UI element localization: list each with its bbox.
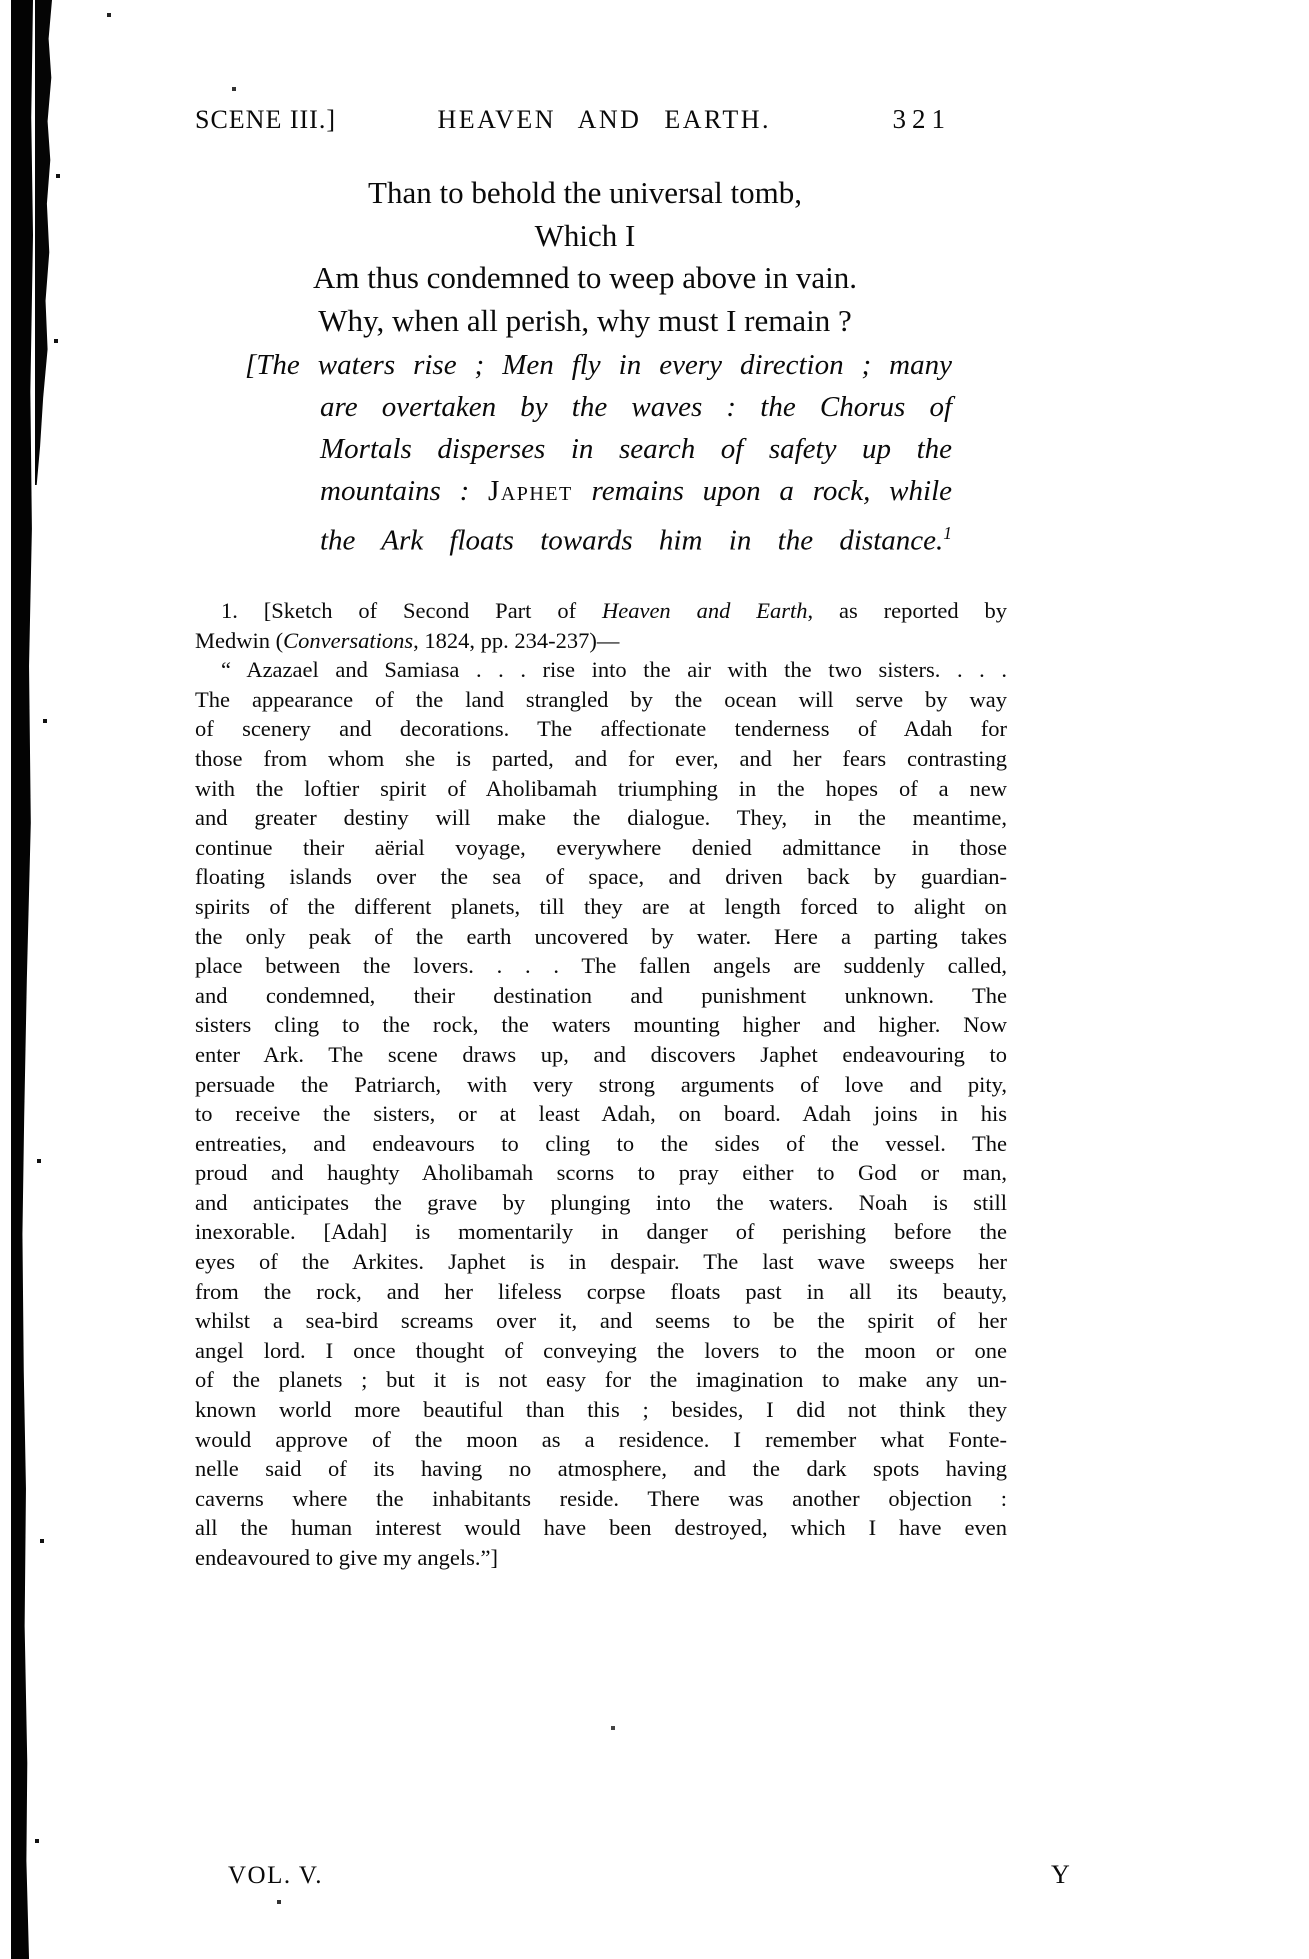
text-segment: and greater destiny will make the dialog… [195,805,1007,830]
footnote-line: known world more beautiful than this ; b… [195,1395,1007,1425]
footnote-line: whilst a sea-bird screams over it, and s… [195,1306,1007,1336]
footnote-line: angel lord. I once thought of conveying … [195,1336,1007,1366]
text-segment: mountains : [320,475,488,507]
text-segment: 1 [943,523,952,543]
volume-label: VOL. V. [228,1862,323,1890]
footnote-line: with the loftier spirit of Aholibamah tr… [195,774,1007,804]
text-segment: with the loftier spirit of Aholibamah tr… [195,776,1007,801]
text-segment: the only peak of the earth uncovered by … [195,924,1007,949]
book-page-scan: SCENE III.] HEAVEN AND EARTH. 321 Than t… [0,0,1309,1959]
text-segment: persuade the Patriarch, with very strong… [195,1072,1007,1097]
text-segment: 1. [Sketch of Second Part of [221,598,602,623]
stage-direction-line: the Ark floats towards him in the distan… [320,512,952,562]
scene-label: SCENE III.] [195,105,336,135]
footnote-line: proud and haughty Aholibamah scorns to p… [195,1158,1007,1188]
text-segment: enter Ark. The scene draws up, and disco… [195,1042,1007,1067]
text-segment: continue their aërial voyage, everywhere… [195,835,1007,860]
scan-edge-artifact [0,0,70,1959]
footnote-line: continue their aërial voyage, everywhere… [195,833,1007,863]
text-segment: Heaven and Earth [602,598,808,623]
verse-line: Why, when all perish, why must I remain … [205,300,965,343]
footnote-line: endeavoured to give my angels.”] [195,1543,1007,1573]
footnote-line: enter Ark. The scene draws up, and disco… [195,1040,1007,1070]
footnote-line: spirits of the different planets, till t… [195,892,1007,922]
footnote-line: of scenery and decorations. The affectio… [195,714,1007,744]
footnote-line: place between the lovers. . . . The fall… [195,951,1007,981]
footnote-line: all the human interest would have been d… [195,1513,1007,1543]
page-header: SCENE III.] HEAVEN AND EARTH. 321 [195,104,1007,135]
signature-mark: Y [1051,1860,1070,1890]
footnote-line: entreaties, and endeavours to cling to t… [195,1129,1007,1159]
text-segment: all the human interest would have been d… [195,1515,1007,1540]
text-segment: entreaties, and endeavours to cling to t… [195,1131,1007,1156]
footnote-line: caverns where the inhabitants reside. Th… [195,1484,1007,1514]
text-segment: “ Azazael and Samiasa . . . rise into th… [221,657,1007,682]
running-title: HEAVEN AND EARTH. [336,105,893,135]
text-segment: caverns where the inhabitants reside. Th… [195,1486,1007,1511]
footnote-line: the only peak of the earth uncovered by … [195,922,1007,952]
text-segment: angel lord. I once thought of conveying … [195,1338,1007,1363]
text-segment: Medwin ( [195,628,283,653]
footnote-line: 1. [Sketch of Second Part of Heaven and … [195,596,1007,626]
footnote-line: from the rock, and her lifeless corpse f… [195,1277,1007,1307]
text-segment: , as reported by [807,598,1007,623]
text-segment: remains upon a rock, while [573,475,952,507]
footnote-line: sisters cling to the rock, the waters mo… [195,1010,1007,1040]
text-segment: are overtaken by the waves : the Chorus … [320,391,952,423]
page-number: 321 [893,104,952,135]
text-segment: The appearance of the land strangled by … [195,687,1007,712]
text-segment: and condemned, their destination and pun… [195,983,1007,1008]
text-segment: place between the lovers. . . . The fall… [195,953,1007,978]
text-segment: sisters cling to the rock, the waters mo… [195,1012,1007,1037]
footnote-line: “ Azazael and Samiasa . . . rise into th… [195,655,1007,685]
footnote-line: and anticipates the grave by plunging in… [195,1188,1007,1218]
footnote-line: nelle said of its having no atmosphere, … [195,1454,1007,1484]
text-segment: and anticipates the grave by plunging in… [195,1190,1007,1215]
footnote: 1. [Sketch of Second Part of Heaven and … [195,596,1007,1573]
stage-direction-line: Mortals disperses in search of safety up… [320,428,952,470]
footnote-line: and condemned, their destination and pun… [195,981,1007,1011]
text-segment: from the rock, and her lifeless corpse f… [195,1279,1007,1304]
scan-edge-stripe [11,0,33,1959]
verse-line: Than to behold the universal tomb, [205,172,965,215]
text-segment: Mortals disperses in search of safety up… [320,433,952,465]
text-segment: of scenery and decorations. The affectio… [195,716,1007,741]
text-segment: nelle said of its having no atmosphere, … [195,1456,1007,1481]
text-segment: [The waters rise ; Men fly in every dire… [245,349,952,381]
scan-edge-stripe-secondary [35,0,52,485]
stage-direction-line: [The waters rise ; Men fly in every dire… [245,344,952,386]
text-segment: would approve of the moon as a residence… [195,1427,1007,1452]
text-segment: to receive the sisters, or at least Adah… [195,1101,1007,1126]
stage-direction-line: mountains : Japhet remains upon a rock, … [320,470,952,512]
stage-direction-line: are overtaken by the waves : the Chorus … [320,386,952,428]
verse-line: Which I [205,215,965,258]
text-segment: floating islands over the sea of space, … [195,864,1007,889]
text-segment: Japhet [488,475,573,507]
text-segment: the Ark floats towards him in the distan… [320,525,943,557]
text-segment: eyes of the Arkites. Japhet is in despai… [195,1249,1007,1274]
footnote-line: of the planets ; but it is not easy for … [195,1365,1007,1395]
footnote-line: would approve of the moon as a residence… [195,1425,1007,1455]
footnote-line: floating islands over the sea of space, … [195,862,1007,892]
footnote-line: inexorable. [Adah] is momentarily in dan… [195,1217,1007,1247]
footnote-line: persuade the Patriarch, with very strong… [195,1070,1007,1100]
text-segment: endeavoured to give my angels.”] [195,1545,498,1570]
text-segment: , 1824, pp. 234-237)— [413,628,619,653]
text-segment: Conversations [283,628,413,653]
verse-block: Than to behold the universal tomb, Which… [205,172,965,342]
text-segment: proud and haughty Aholibamah scorns to p… [195,1160,1007,1185]
text-segment: whilst a sea-bird screams over it, and s… [195,1308,1007,1333]
text-segment: those from whom she is parted, and for e… [195,746,1007,771]
text-segment: spirits of the different planets, till t… [195,894,1007,919]
footnote-line: and greater destiny will make the dialog… [195,803,1007,833]
text-segment: of the planets ; but it is not easy for … [195,1367,1007,1392]
footnote-line: eyes of the Arkites. Japhet is in despai… [195,1247,1007,1277]
footnote-line: to receive the sisters, or at least Adah… [195,1099,1007,1129]
footnote-line: The appearance of the land strangled by … [195,685,1007,715]
scan-speckles [0,0,2,2]
verse-line: Am thus condemned to weep above in vain. [205,257,965,300]
footnote-line: Medwin (Conversations, 1824, pp. 234-237… [195,626,1007,656]
text-segment: inexorable. [Adah] is momentarily in dan… [195,1219,1007,1244]
footnote-line: those from whom she is parted, and for e… [195,744,1007,774]
text-segment: known world more beautiful than this ; b… [195,1397,1007,1422]
stage-direction: [The waters rise ; Men fly in every dire… [320,344,952,562]
